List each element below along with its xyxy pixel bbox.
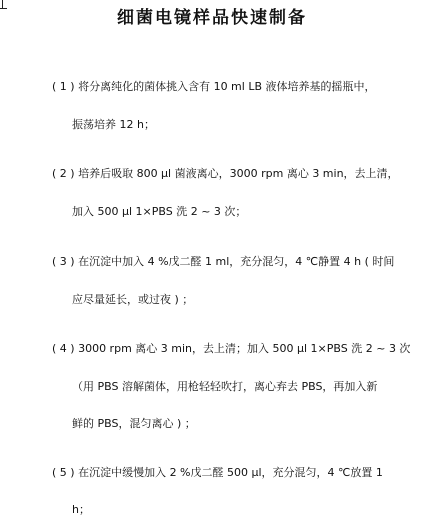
step-2-line-2: 加入 500 μl 1×PBS 洗 2 ~ 3 次； — [72, 204, 246, 220]
step-3-line-2: 应尽量延长，或过夜 ) ； — [72, 292, 193, 308]
step-5-line-1: ( 5 ) 在沉淀中缓慢加入 2 %戊二醛 500 μl，充分混匀，4 ℃放置 … — [52, 465, 383, 481]
step-2-line-1: ( 2 ) 培养后吸取 800 μl 菌液离心，3000 rpm 离心 3 mi… — [52, 166, 399, 182]
step-4-line-3: 鲜的 PBS，混匀离心 ) ； — [72, 416, 196, 432]
document-title: 细菌电镜样品快速制备 — [0, 6, 424, 30]
step-4-line-1: ( 4 ) 3000 rpm 离心 3 min，去上清；加入 500 μl 1×… — [52, 341, 410, 357]
step-4-line-2: （用 PBS 溶解菌体，用枪轻轻吹打，离心弃去 PBS，再加入新 — [72, 379, 377, 395]
step-5-line-2: h； — [72, 502, 90, 518]
step-3-line-1: ( 3 ) 在沉淀中加入 4 %戊二醛 1 ml，充分混匀，4 ℃静置 4 h … — [52, 254, 394, 270]
step-1-line-2: 振荡培养 12 h； — [72, 117, 155, 133]
step-1-line-1: ( 1 ) 将分离纯化的菌体挑入含有 10 ml LB 液体培养基的摇瓶中， — [52, 79, 376, 95]
